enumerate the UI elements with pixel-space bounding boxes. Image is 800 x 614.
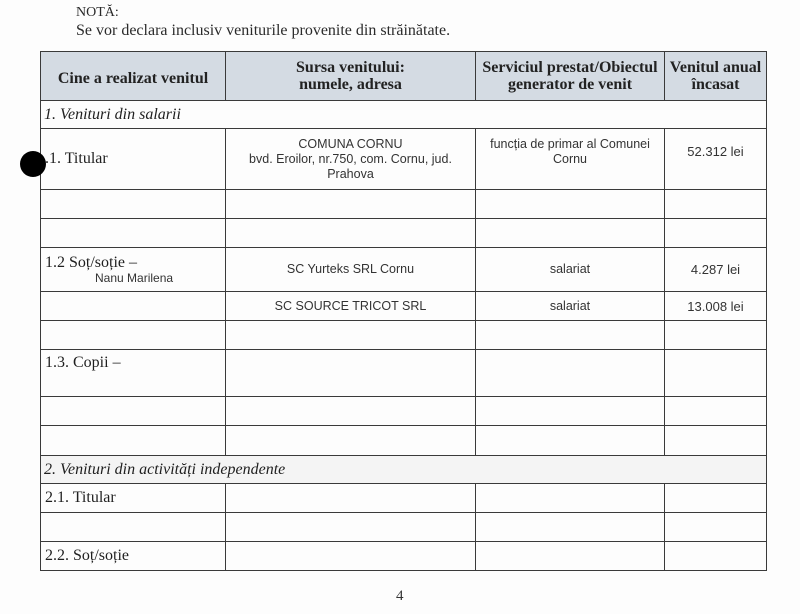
table-row: .1. Titular COMUNA CORNUbvd. Eroilor, nr…: [41, 129, 767, 190]
header-service: Serviciul prestat/Obiectulgenerator de v…: [476, 52, 665, 101]
spouse-name: Nanu Marilena: [45, 272, 221, 285]
table-row: [41, 219, 767, 248]
table-row: [41, 426, 767, 456]
section-row: 2. Venituri din activități independente: [41, 456, 767, 484]
table-row: [41, 397, 767, 426]
section-title: 1. Venituri din salarii: [41, 101, 767, 129]
table-row: 1.2 Soț/soție –Nanu Marilena SC Yurteks …: [41, 248, 767, 292]
header-who: Cine a realizat venitul: [41, 52, 226, 101]
cell-who: 1.3. Copii –: [41, 350, 226, 397]
cell-service: salariat: [476, 292, 665, 321]
cell-who: .1. Titular: [41, 129, 226, 190]
note-text: Se vor declara inclusiv veniturile prove…: [76, 22, 450, 40]
cell-source: SC Yurteks SRL Cornu: [226, 248, 476, 292]
table-row: SC SOURCE TRICOT SRL salariat 13.008 lei: [41, 292, 767, 321]
cell-service: funcția de primar al ComuneiCornu: [476, 129, 665, 190]
table-row: [41, 513, 767, 542]
note-title: NOTĂ:: [76, 4, 450, 22]
cell-source: SC SOURCE TRICOT SRL: [226, 292, 476, 321]
cell-who: 2.2. Soț/soție: [41, 542, 226, 571]
header-amount: Venitul anualîncasat: [665, 52, 767, 101]
cell-source: COMUNA CORNUbvd. Eroilor, nr.750, com. C…: [226, 129, 476, 190]
table-row: 1.3. Copii –: [41, 350, 767, 397]
cell-service: salariat: [476, 248, 665, 292]
note-block: NOTĂ: Se vor declara inclusiv veniturile…: [76, 4, 450, 40]
table-row: 2.1. Titular: [41, 484, 767, 513]
header-source: Sursa venitului:numele, adresa: [226, 52, 476, 101]
table-row: 2.2. Soț/soție: [41, 542, 767, 571]
redaction-dot: [20, 151, 46, 177]
table-row: [41, 321, 767, 350]
page-number: 4: [396, 588, 404, 605]
cell-who: 2.1. Titular: [41, 484, 226, 513]
income-table: Cine a realizat venitul Sursa venitului:…: [40, 51, 767, 571]
table-header-row: Cine a realizat venitul Sursa venitului:…: [41, 52, 767, 101]
cell-amount: 4.287 lei: [665, 248, 767, 292]
cell-amount: 13.008 lei: [665, 292, 767, 321]
section-row: 1. Venituri din salarii: [41, 101, 767, 129]
section-title: 2. Venituri din activități independente: [41, 456, 767, 484]
table-row: [41, 190, 767, 219]
cell-amount: 52.312 lei: [665, 129, 767, 190]
cell-who: 1.2 Soț/soție –Nanu Marilena: [41, 248, 226, 292]
